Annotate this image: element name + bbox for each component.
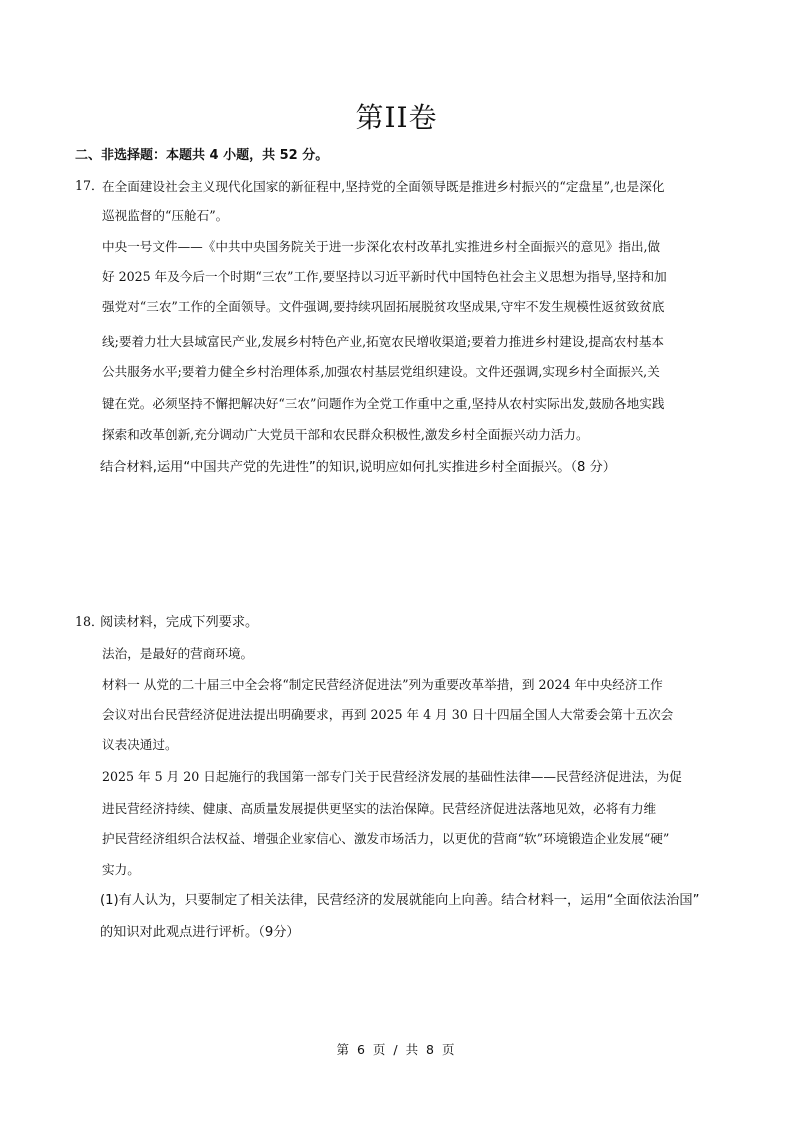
material-line: 议表决通过。 [102, 734, 178, 753]
material-line: 中央一号文件——《中共中央国务院关于进一步深化农村改革扎实推进乡村全面振兴的意见… [102, 236, 660, 255]
question-prompt: 结合材料,运用“中国共产党的先进性”的知识,说明应如何扎实推进乡村全面振兴。（8… [100, 456, 616, 475]
material-lead: 法治，是最好的营商环境。 [102, 643, 253, 662]
material-line: 探索和改革创新,充分调动广大党员干部和农民群众积极性,激发乡村全面振兴动力活力。 [102, 424, 589, 443]
material-line: 好 2025 年及今后一个时期“三农”工作,要坚持以习近平新时代中国特色社会主义… [102, 266, 667, 285]
material-line: 键在党。必须坚持不懈把解决好“三农”问题作为全党工作重中之重,坚持从农村实际出发… [102, 393, 664, 412]
material-line: 实力。 [102, 859, 140, 878]
material-line: 进民营经济持续、健康、高质量发展提供更坚实的法治保障。民营经济促进法落地见效，必… [102, 798, 656, 817]
sub-question-prompt: (1)有人认为，只要制定了相关法律，民营经济的发展就能向上向善。结合材料一，运用… [100, 889, 699, 908]
material-line: 材料一 从党的二十届三中全会将“制定民营经济促进法”列为重要改革举措，到 202… [102, 674, 663, 693]
question-intro: 阅读材料，完成下列要求。 [100, 611, 258, 630]
question-intro-line: 巡视监督的“压舱石”。 [102, 205, 228, 224]
section-heading: 二、非选择题：本题共 4 小题，共 52 分。 [75, 144, 328, 163]
material-line: 强党对“三农”工作的全面领导。文件强调,要持续巩固拓展脱贫攻坚成果,守牢不发生规… [102, 296, 664, 315]
page-footer: 第 6 页 / 共 8 页 [0, 1040, 793, 1058]
material-line: 线;要着力壮大县域富民产业,发展乡村特色产业,拓宽农民增收渠道;要着力推进乡村建… [102, 331, 664, 350]
question-intro-line: 在全面建设社会主义现代化国家的新征程中,坚持党的全面领导既是推进乡村振兴的“定盘… [102, 176, 664, 195]
material-line: 2025 年 5 月 20 日起施行的我国第一部专门关于民营经济发展的基础性法律… [102, 766, 682, 785]
material-line: 公共服务水平;要着力健全乡村治理体系,加强农村基层党组织建设。文件还强调,实现乡… [102, 361, 660, 380]
page-title: 第II卷 [0, 96, 793, 136]
material-line: 护民营经济组织合法权益、增强企业家信心、激发市场活力，以更优的营商“软”环境锻造… [102, 828, 669, 847]
sub-question-prompt: 的知识对此观点进行评析。（9分） [100, 921, 300, 940]
question-number: 17． [75, 175, 104, 194]
material-line: 会议对出台民营经济促进法提出明确要求，再到 2025 年 4 月 30 日十四届… [102, 704, 673, 723]
